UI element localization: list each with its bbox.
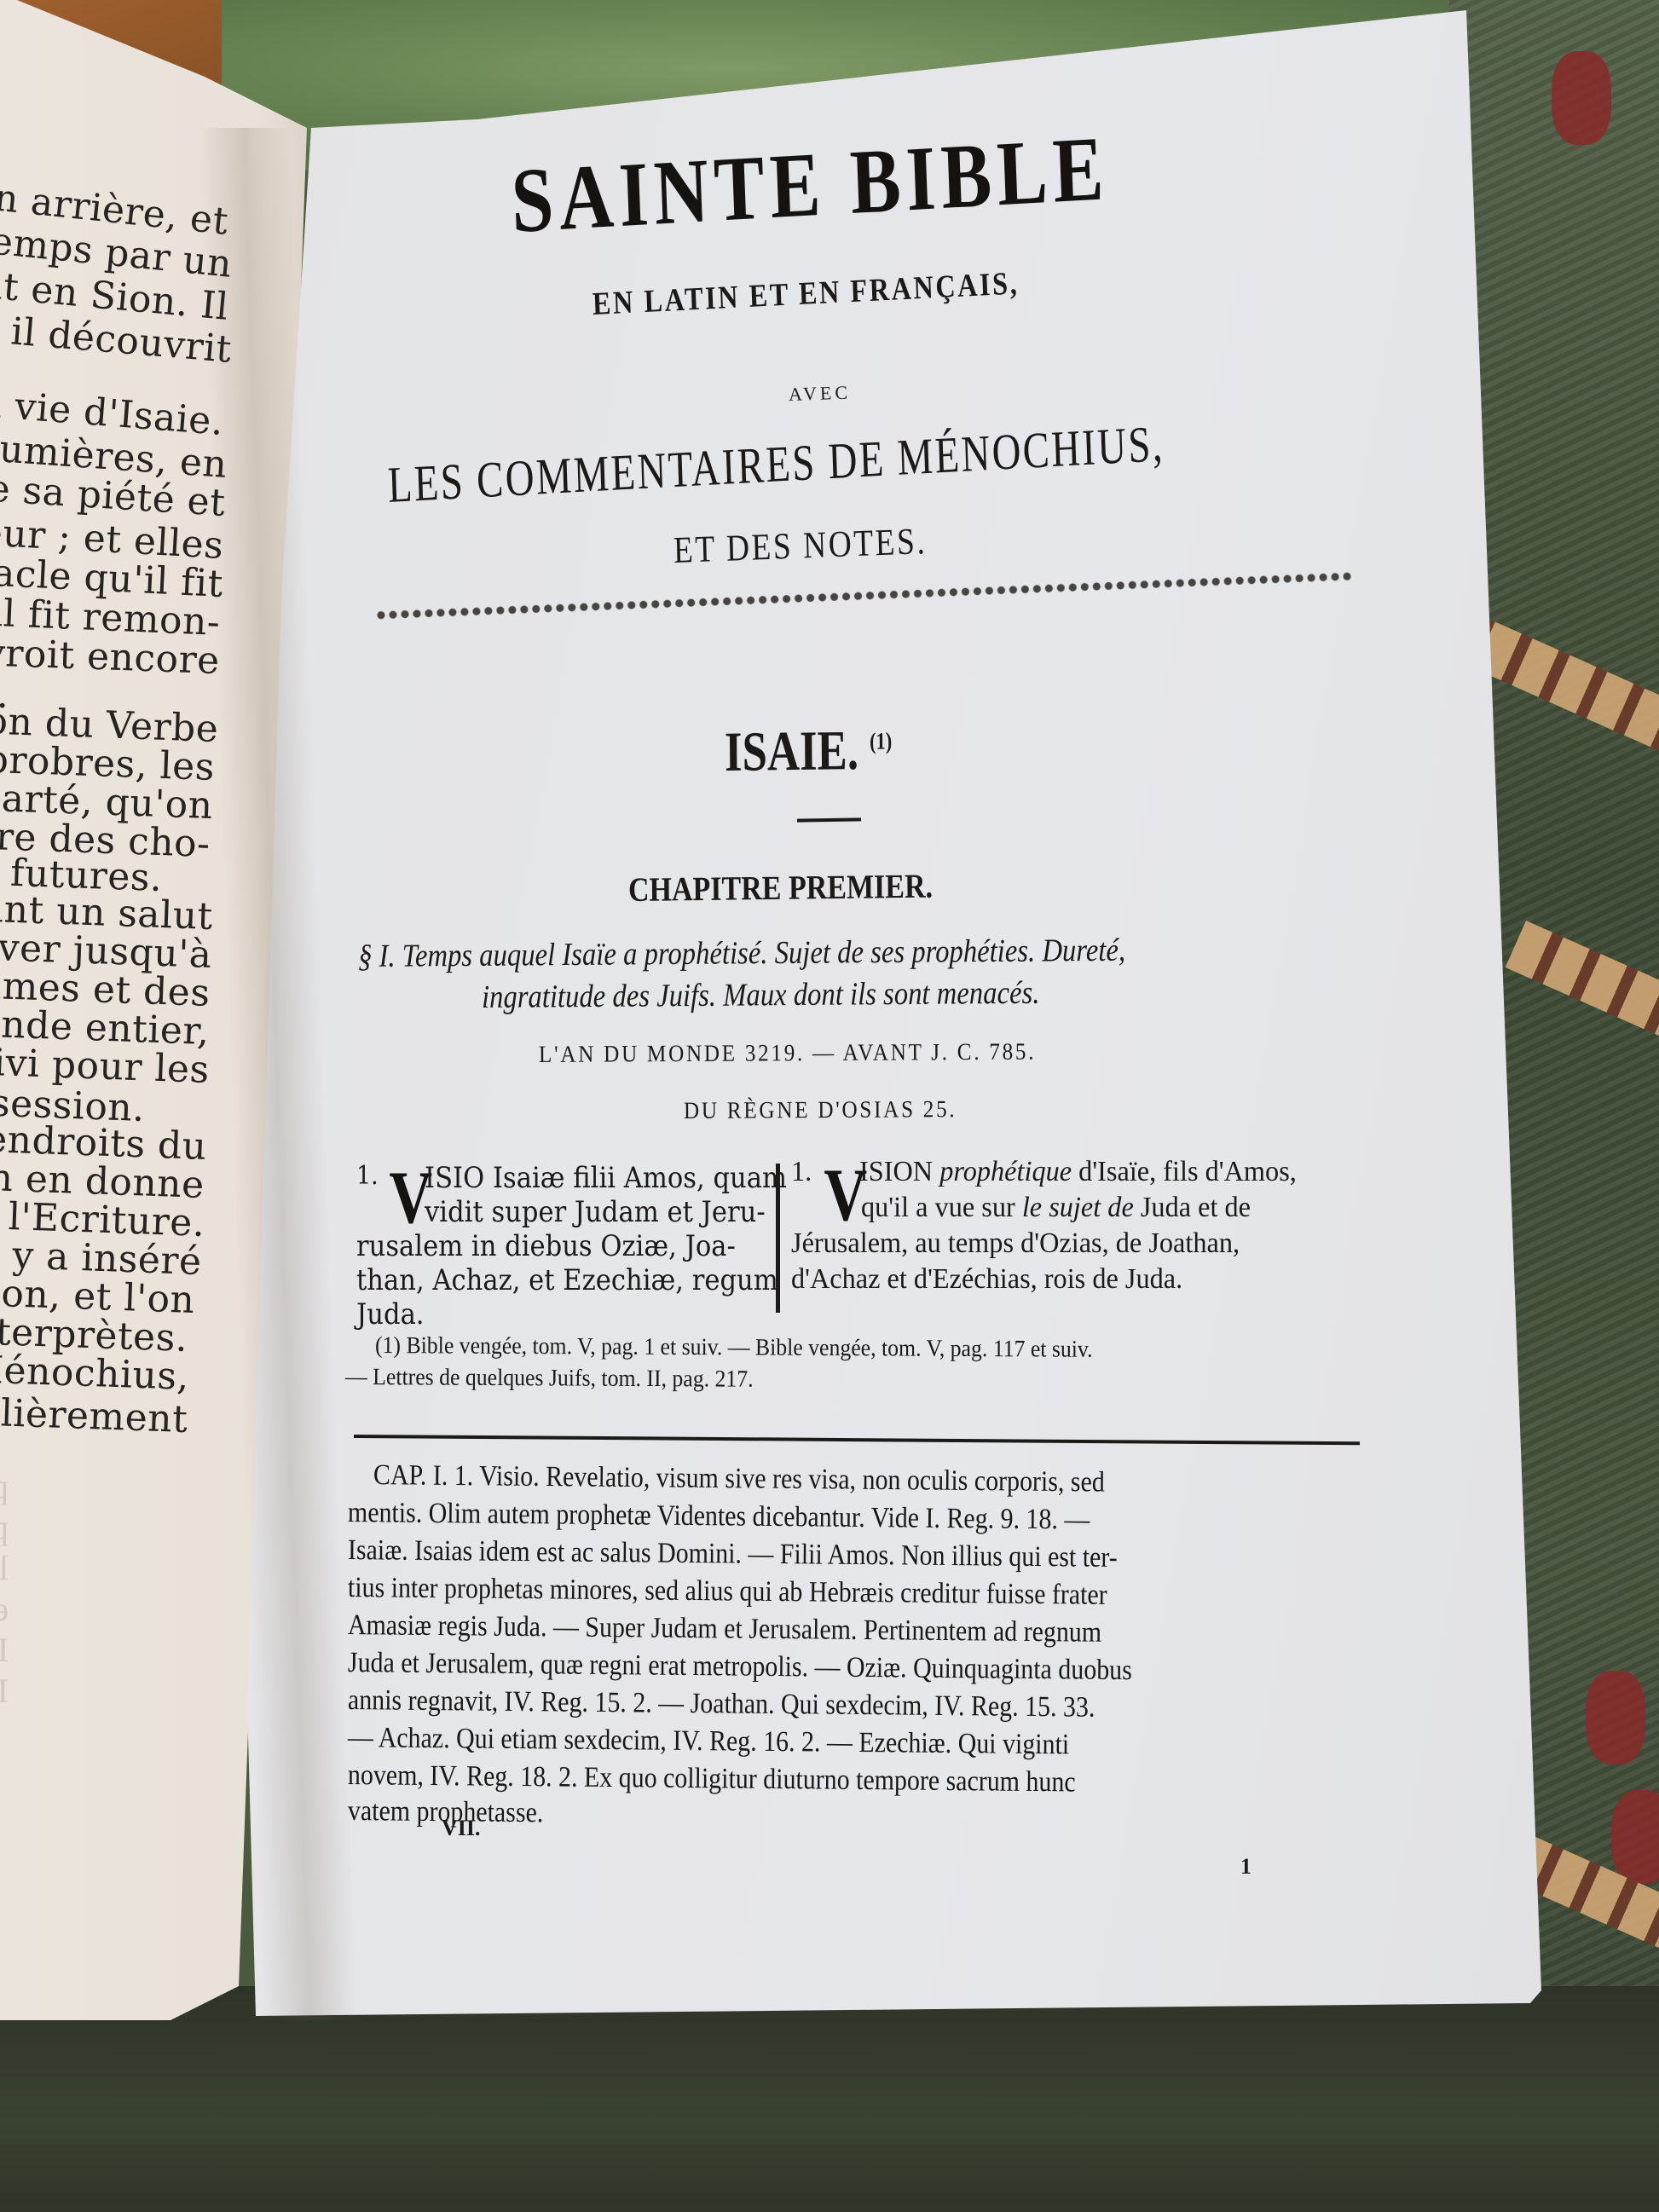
dateline-reign: DU RÈGNE D'OSIAS 25. bbox=[684, 1096, 957, 1125]
sheet-signature: 1 bbox=[1240, 1854, 1251, 1880]
french-italic: prophétique bbox=[939, 1156, 1072, 1187]
summary-text: Temps auquel Isaïe a prophétisé. Sujet d… bbox=[402, 933, 1126, 974]
title-avec: AVEC bbox=[789, 381, 852, 406]
french-line-1: ISION prophétique d'Isaïe, fils d'Amos, bbox=[859, 1156, 1297, 1188]
textile-bottom bbox=[0, 1986, 1659, 2212]
chapter-heading: CHAPITRE PREMIER. bbox=[628, 866, 933, 910]
french-verse-number: 1. bbox=[791, 1156, 812, 1188]
latin-line-5: Juda. bbox=[356, 1297, 425, 1331]
latin-line-3: rusalem in diebus Oziæ, Joa- bbox=[356, 1229, 736, 1263]
summary-line-1: § I. Temps auquel Isaïe a prophétisé. Su… bbox=[358, 932, 1125, 975]
book-title: ISAIE. (1) bbox=[725, 718, 893, 785]
show-through-text: Le Saint-E bbox=[0, 1630, 9, 1670]
latin-line-4: than, Achaz, et Ezechiæ, regum bbox=[356, 1263, 778, 1297]
section-mark: § I. bbox=[358, 939, 396, 974]
left-page-line: ticulièrement bbox=[0, 1389, 188, 1441]
show-through-text: près entend bbox=[0, 1507, 9, 1547]
latin-line-2: vidit super Judam et Jeru- bbox=[425, 1195, 766, 1229]
latin-line-1: ISIO Isaiæ filii Amos, quam bbox=[425, 1161, 787, 1195]
show-through-text: per le milieu bbox=[0, 1466, 9, 1506]
left-page-line: vivroit encore bbox=[0, 630, 221, 683]
french-text: qu'il a vue sur bbox=[861, 1192, 1015, 1223]
french-text: Juda et de bbox=[1141, 1192, 1251, 1223]
column-separator bbox=[776, 1164, 780, 1313]
book-name: ISAIE. bbox=[725, 719, 859, 783]
french-italic: le sujet de bbox=[1022, 1192, 1134, 1223]
footnote-ref: (1) bbox=[870, 728, 892, 754]
show-through-text: l'ancien Test bbox=[0, 1548, 9, 1588]
french-text: d'Isaïe, fils d'Amos, bbox=[1078, 1156, 1297, 1187]
show-through-text: environ entre bbox=[0, 1589, 9, 1629]
french-line-3: Jérusalem, au temps d'Ozias, de Joathan, bbox=[791, 1227, 1240, 1260]
latin-verse-number: 1. bbox=[356, 1161, 379, 1191]
french-line-4: d'Achaz et d'Ezéchias, rois de Juda. bbox=[791, 1263, 1182, 1296]
latin-first-word: ISIO bbox=[425, 1161, 484, 1195]
summary-line-2: ingratitude des Juifs. Maux dont ils son… bbox=[482, 974, 1040, 1016]
latin-text: Isaiæ filii Amos, quam bbox=[493, 1161, 787, 1195]
footnote-line-2: — Lettres de quelques Juifs, tom. II, pa… bbox=[345, 1364, 754, 1394]
footnote-line-1: (1) Bible vengée, tom. V, pag. 1 et suiv… bbox=[375, 1332, 1093, 1364]
dateline-year: L'AN DU MONDE 3219. — AVANT J. C. 785. bbox=[539, 1039, 1036, 1069]
show-through-text: Isaï, dit l bbox=[0, 1671, 9, 1711]
volume-signature: VII. bbox=[442, 1816, 481, 1841]
left-page-line: Ménochius, bbox=[0, 1348, 190, 1399]
rug-motif bbox=[1586, 1671, 1645, 1764]
french-line-2: qu'il a vue sur le sujet de Juda et de bbox=[861, 1192, 1251, 1224]
rug-motif bbox=[1611, 1790, 1659, 1884]
french-first-word: ISION bbox=[859, 1156, 933, 1187]
rug-motif bbox=[1552, 51, 1611, 145]
